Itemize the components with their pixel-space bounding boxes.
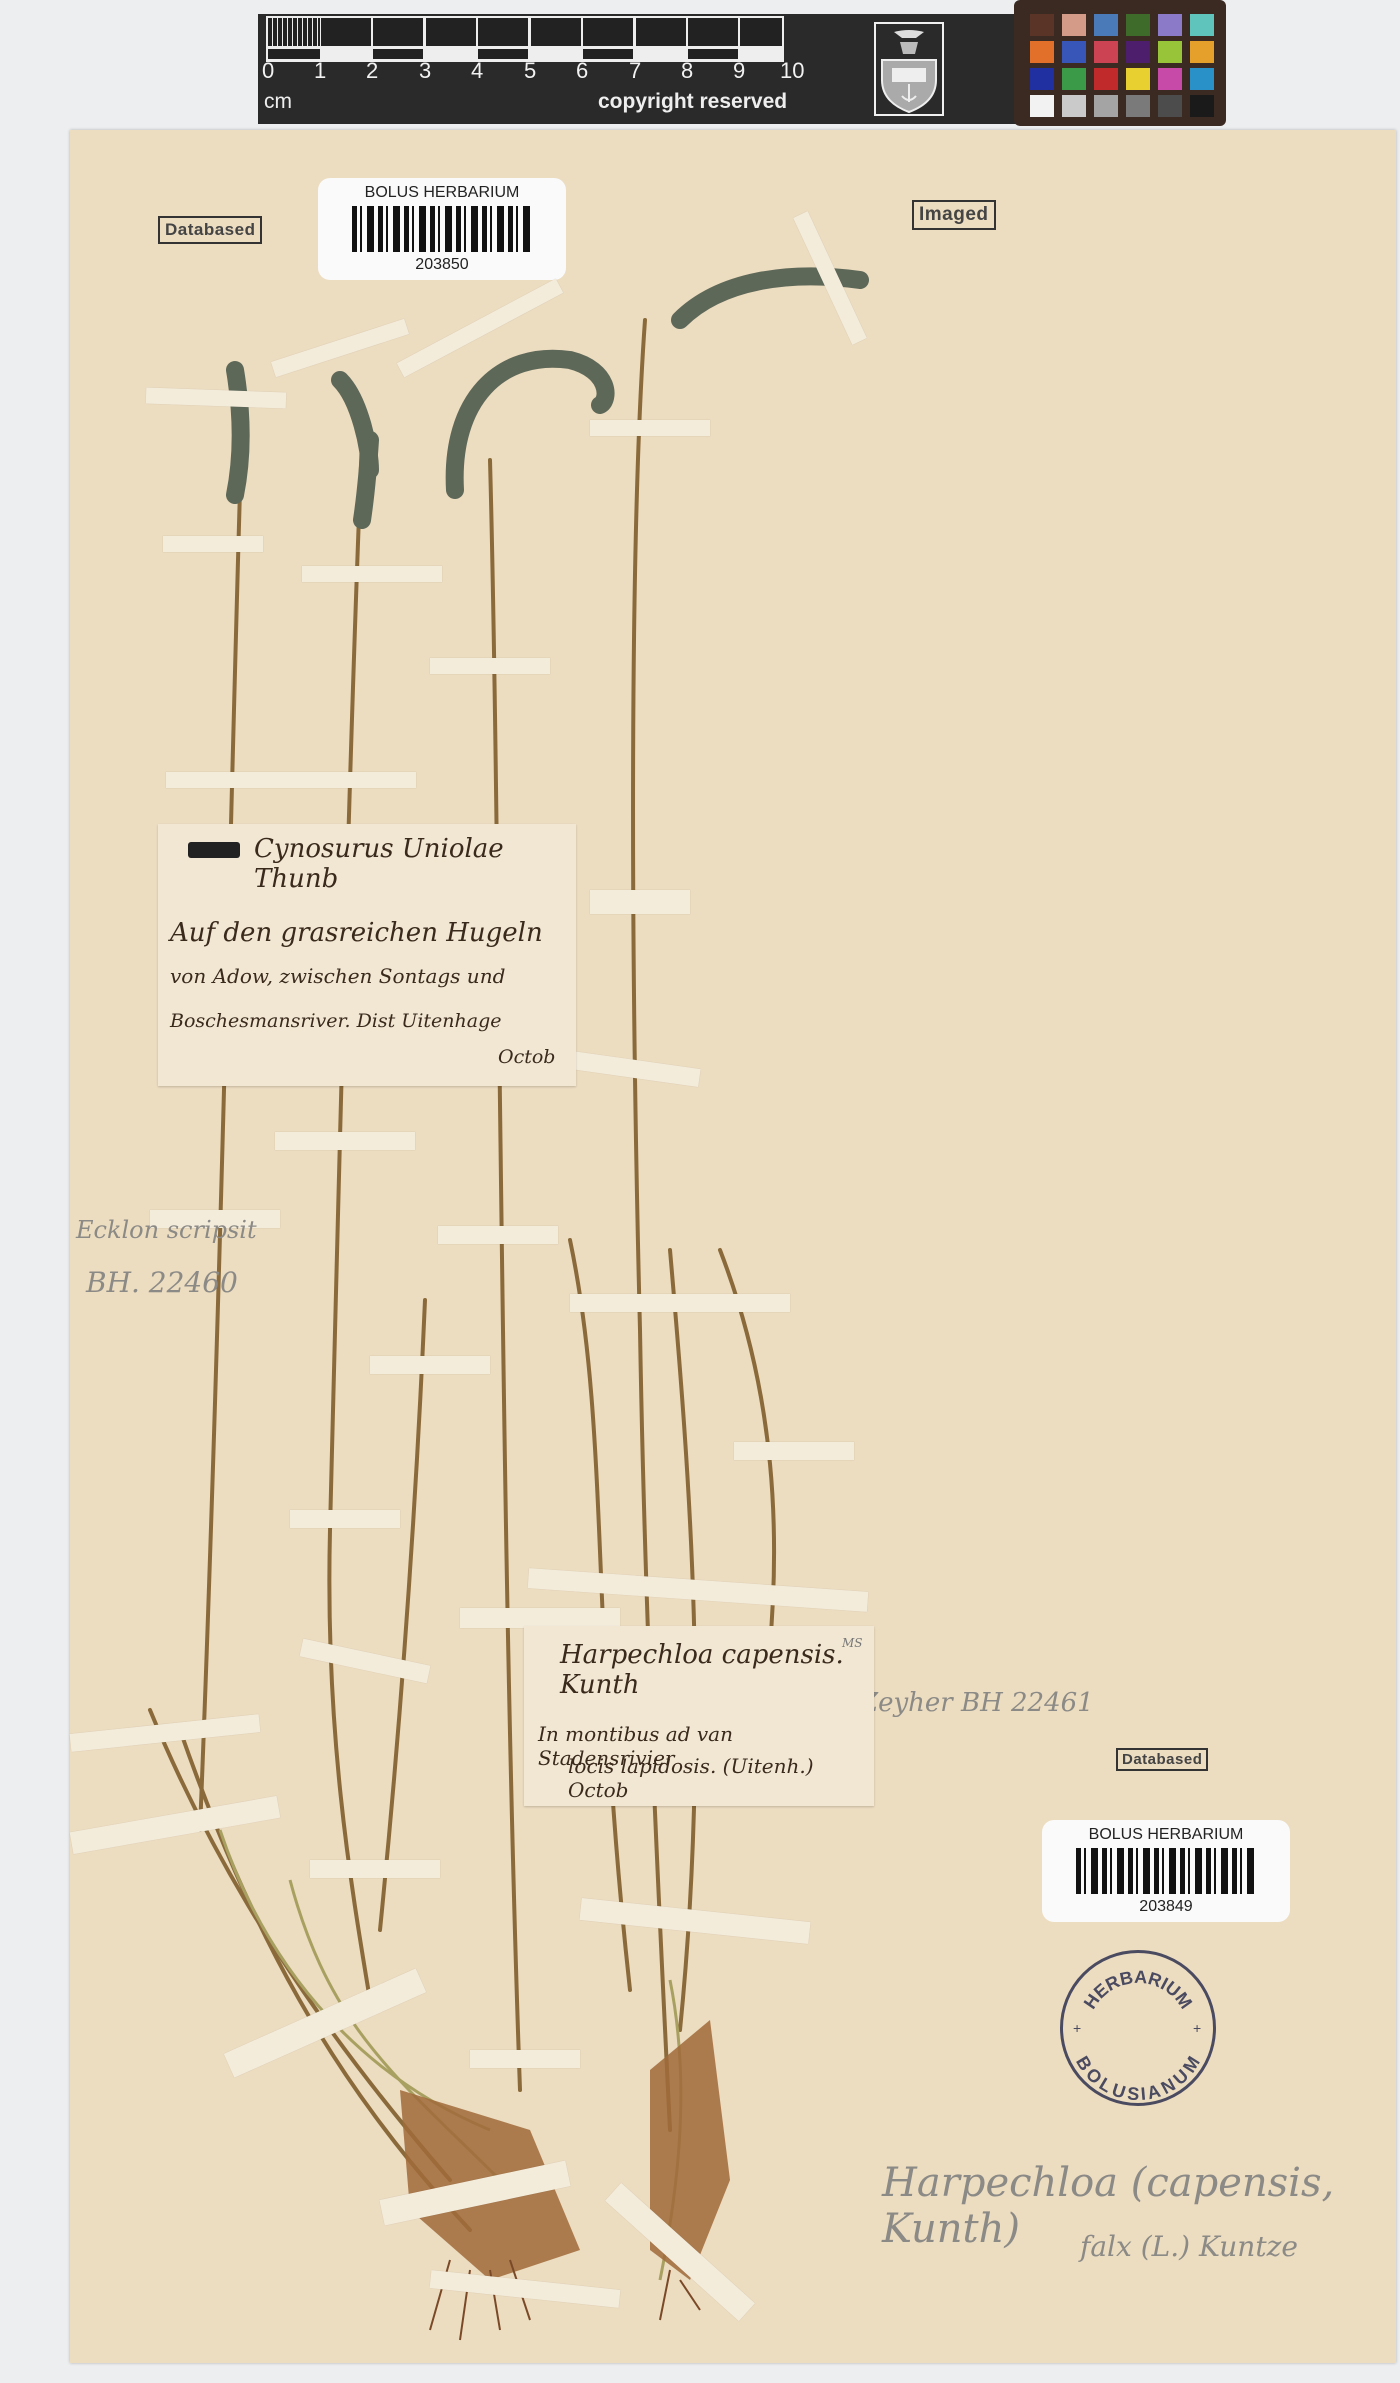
stamp-top-text: HERBARIUM bbox=[1080, 1967, 1196, 2013]
mounting-strip bbox=[570, 1294, 790, 1312]
color-swatch bbox=[1062, 14, 1086, 36]
tick-6: 6 bbox=[576, 58, 588, 84]
tick-8: 8 bbox=[681, 58, 693, 84]
copyright-notice: copyright reserved bbox=[598, 90, 787, 114]
mounting-strip bbox=[470, 2050, 580, 2068]
color-swatch bbox=[1158, 68, 1182, 90]
color-swatch bbox=[1094, 95, 1118, 117]
mounting-strip bbox=[310, 1860, 440, 1878]
svg-text:BOLUSIANUM: BOLUSIANUM bbox=[1072, 2053, 1204, 2103]
ink-blot-icon bbox=[188, 842, 240, 858]
mounting-strip bbox=[370, 1356, 490, 1374]
ruler bbox=[266, 16, 784, 62]
herbarium-bolusianum-stamp: HERBARIUM BOLUSIANUM + + bbox=[1060, 1950, 1216, 2106]
mounting-strip bbox=[460, 1608, 620, 1628]
tick-2: 2 bbox=[366, 58, 378, 84]
color-swatch bbox=[1062, 95, 1086, 117]
svg-text:+: + bbox=[1193, 2020, 1201, 2036]
mounting-strip bbox=[290, 1510, 400, 1528]
tick-5: 5 bbox=[524, 58, 536, 84]
color-swatch bbox=[1126, 14, 1150, 36]
university-crest-icon bbox=[874, 22, 944, 116]
mounting-strip bbox=[438, 1226, 558, 1244]
color-swatch bbox=[1158, 14, 1182, 36]
barcode-institution: BOLUS HERBARIUM bbox=[1042, 1826, 1290, 1844]
svg-text:+: + bbox=[1073, 2020, 1081, 2036]
color-swatch bbox=[1158, 95, 1182, 117]
color-swatch bbox=[1190, 41, 1214, 63]
mounting-strip bbox=[430, 658, 550, 674]
label-title: Cynosurus Uniolae Thunb bbox=[254, 834, 576, 894]
tick-4: 4 bbox=[471, 58, 483, 84]
barcode-bars-icon bbox=[1076, 1848, 1256, 1894]
tick-9: 9 bbox=[733, 58, 745, 84]
mounting-strip bbox=[166, 772, 416, 788]
ecklon-annotation: Ecklon scripsit bbox=[76, 1216, 257, 1244]
mounting-strip bbox=[734, 1442, 854, 1460]
tick-3: 3 bbox=[419, 58, 431, 84]
color-swatch bbox=[1190, 68, 1214, 90]
color-swatch bbox=[1094, 68, 1118, 90]
color-swatch bbox=[1030, 68, 1054, 90]
color-swatch bbox=[1126, 68, 1150, 90]
tick-0: 0 bbox=[262, 58, 274, 84]
label-line: locis lapidosis. (Uitenh.) Octob bbox=[568, 1754, 874, 1802]
mounting-strip bbox=[302, 566, 442, 582]
color-swatch bbox=[1190, 14, 1214, 36]
label-line: Octob bbox=[498, 1046, 555, 1068]
tick-1: 1 bbox=[314, 58, 326, 84]
stamp-bottom-text: BOLUSIANUM bbox=[1072, 2053, 1204, 2103]
bh-number-annotation: BH. 22460 bbox=[86, 1266, 238, 1299]
zeyher-annotation: Zeyher BH 22461 bbox=[860, 1688, 1094, 1718]
label-line: von Adow, zwischen Sontags und bbox=[170, 964, 505, 988]
unit-label: cm bbox=[264, 90, 292, 114]
color-swatch bbox=[1158, 41, 1182, 63]
collection-label-harpechloa: Harpechloa capensis. Kunth MS In montibu… bbox=[524, 1626, 874, 1806]
barcode-number: 203849 bbox=[1042, 1898, 1290, 1916]
color-swatch bbox=[1030, 41, 1054, 63]
mounting-strip bbox=[163, 536, 263, 552]
svg-text:HERBARIUM: HERBARIUM bbox=[1080, 1967, 1196, 2013]
label-line: Boschesmansriver. Dist Uitenhage bbox=[170, 1010, 501, 1032]
color-swatch bbox=[1062, 41, 1086, 63]
color-swatch bbox=[1126, 41, 1150, 63]
color-swatch bbox=[1094, 41, 1118, 63]
color-swatch bbox=[1062, 68, 1086, 90]
label-line: Auf den grasreichen Hugeln bbox=[170, 918, 543, 948]
mounting-strip bbox=[590, 890, 690, 914]
mounting-strip bbox=[590, 420, 710, 436]
color-swatch bbox=[1126, 95, 1150, 117]
barcode-label-bottom: BOLUS HERBARIUM 203849 bbox=[1042, 1820, 1290, 1922]
mounting-strip bbox=[275, 1132, 415, 1150]
tick-7: 7 bbox=[629, 58, 641, 84]
color-swatch bbox=[1030, 95, 1054, 117]
synonym-annotation: falx (L.) Kuntze bbox=[1080, 2230, 1298, 2263]
color-swatch bbox=[1190, 95, 1214, 117]
label-superscript: MS bbox=[842, 1636, 863, 1650]
color-swatch bbox=[1094, 14, 1118, 36]
collection-label-cynosurus: Cynosurus Uniolae Thunb Auf den grasreic… bbox=[158, 824, 576, 1086]
scale-bar: 0 1 2 3 4 5 6 7 8 9 10 cm copyright rese… bbox=[258, 14, 1018, 124]
color-calibration-chart bbox=[1014, 0, 1226, 126]
tick-10: 10 bbox=[780, 58, 804, 84]
databased-stamp-bottom: Databased bbox=[1116, 1748, 1208, 1771]
label-title: Harpechloa capensis. Kunth bbox=[560, 1640, 874, 1700]
color-swatch bbox=[1030, 14, 1054, 36]
